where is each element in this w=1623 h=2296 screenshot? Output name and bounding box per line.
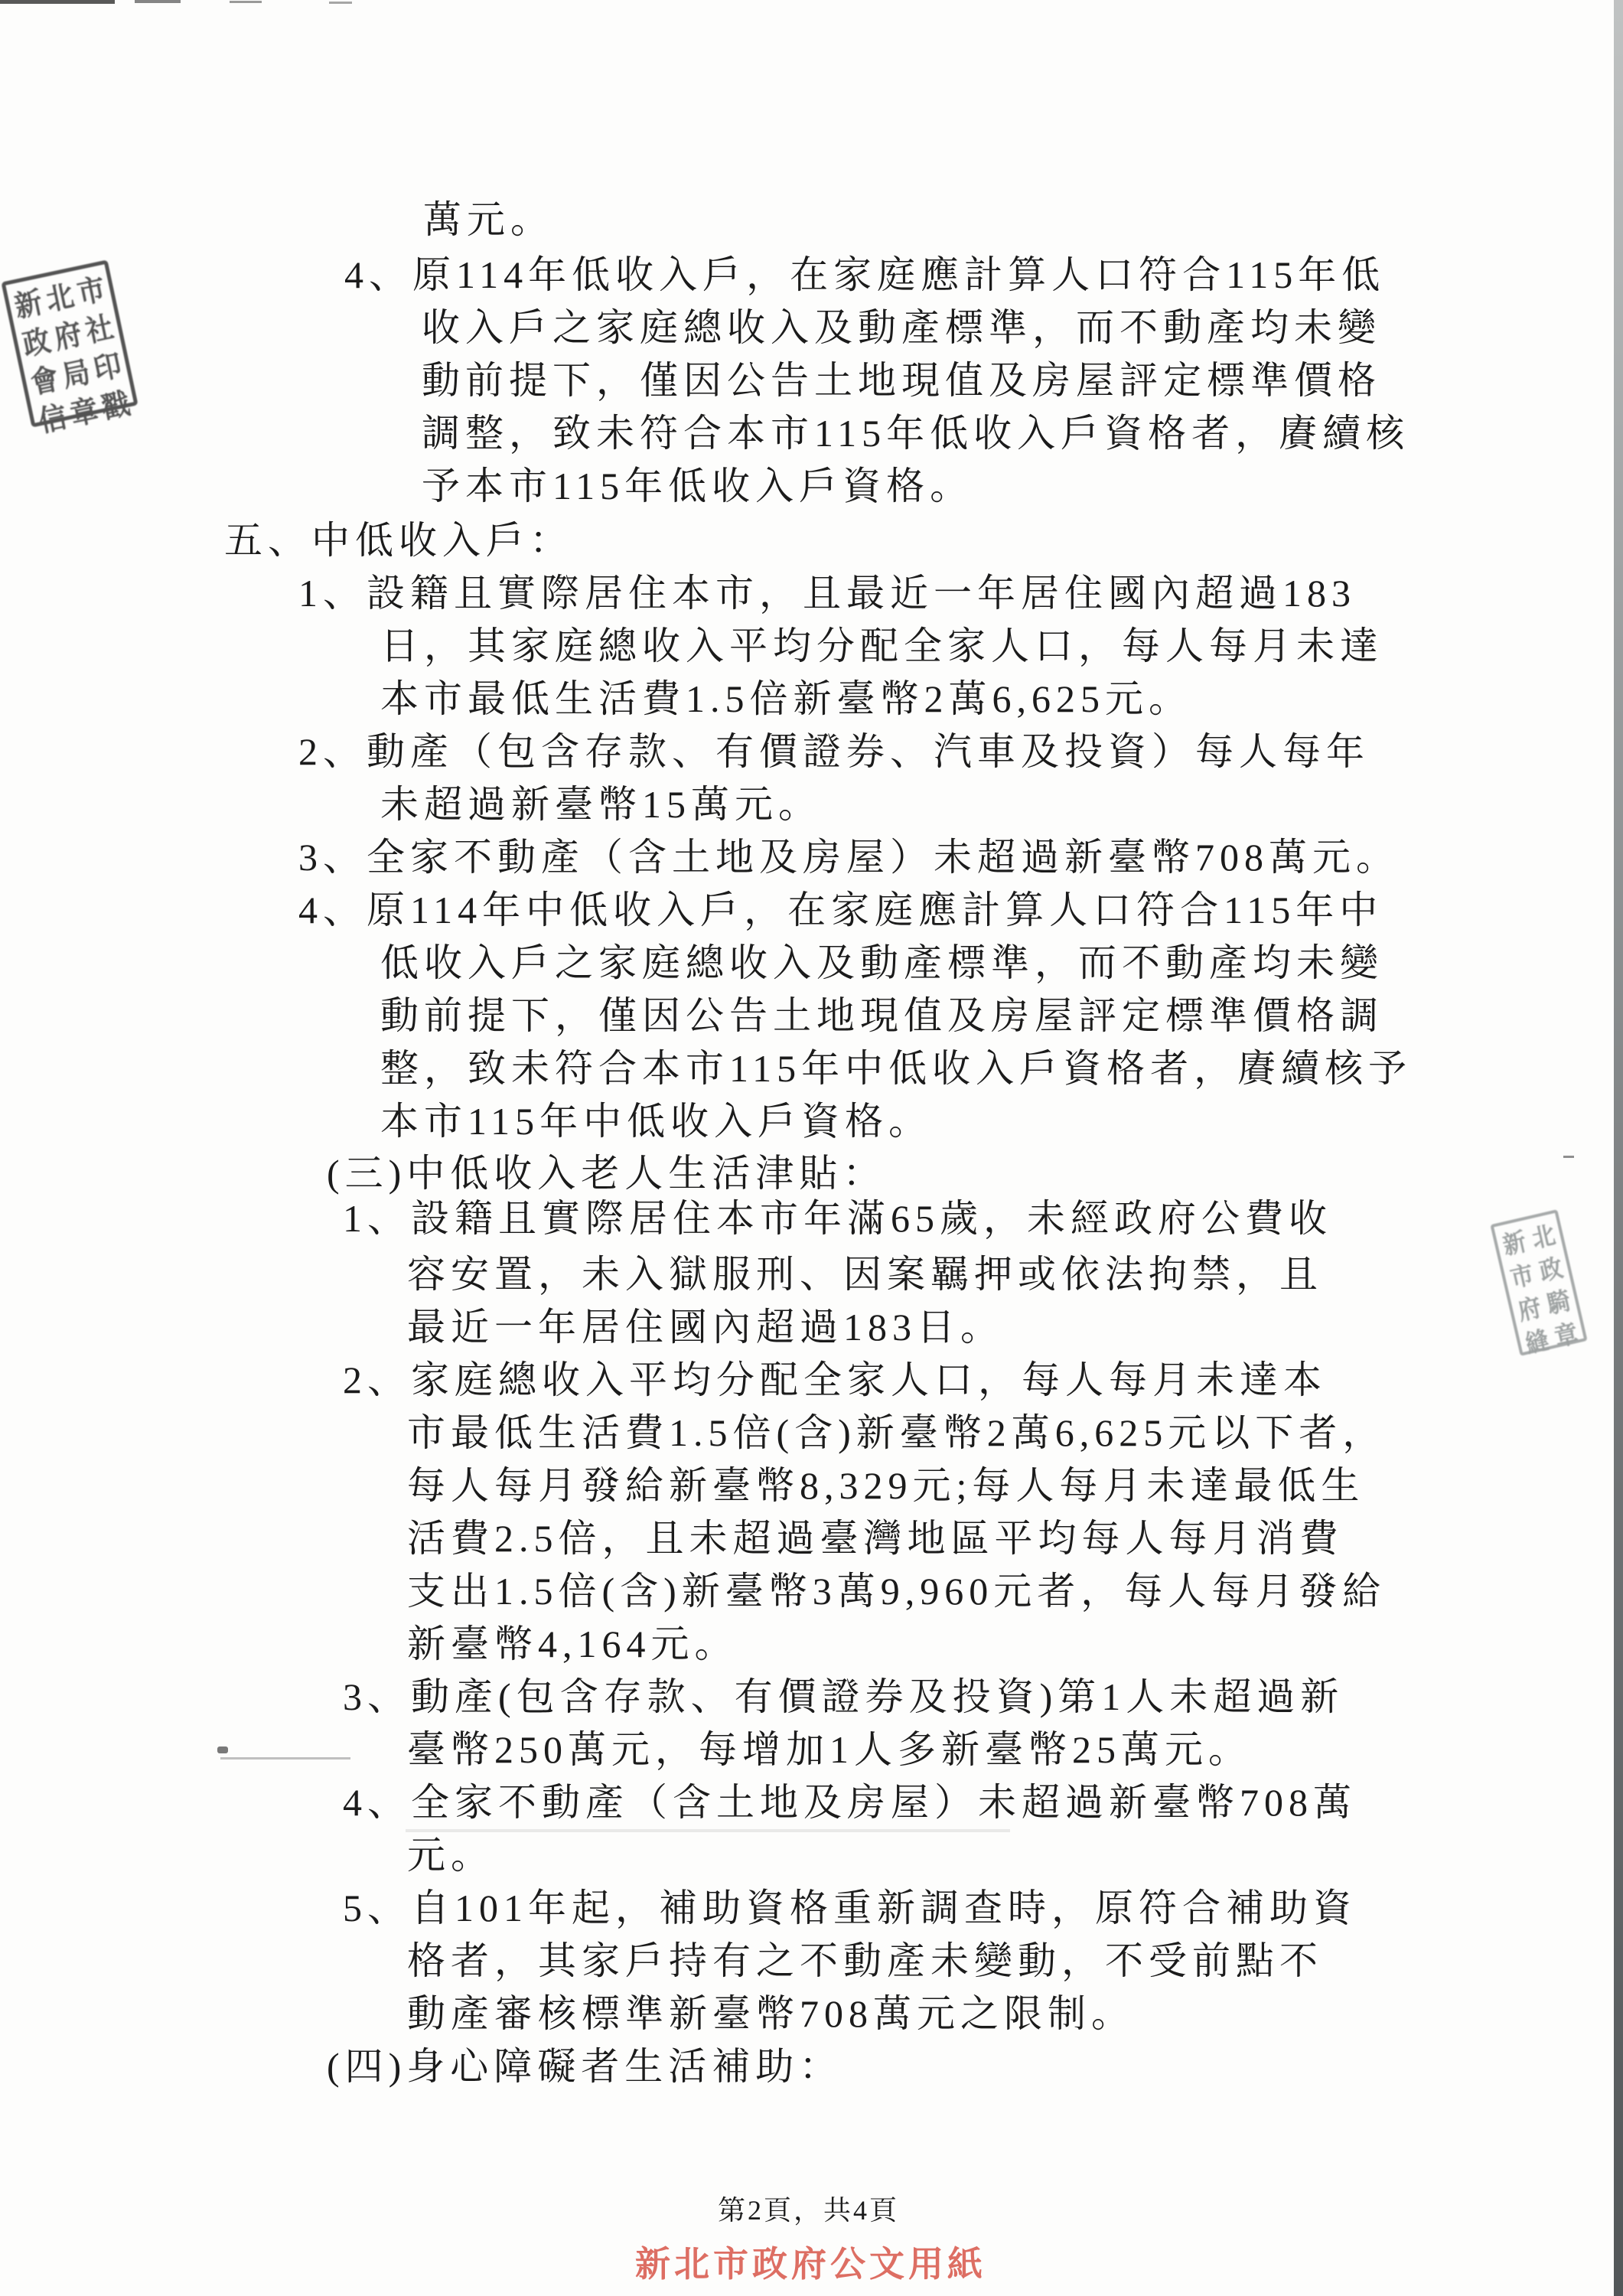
text-line: 2、家庭總收入平均分配全家人口，每人每月未達本 [343,1361,1327,1399]
text-line: 本市115年中低收入戶資格。 [380,1102,932,1140]
text-line: 日，其家庭總收入平均分配全家人口，每人每月未達 [380,627,1383,665]
text-line: 新臺幣4,164元。 [407,1625,738,1663]
text-line: 5、自101年起，補助資格重新調查時，原符合補助資 [343,1889,1357,1927]
text-line: 低收入戶之家庭總收入及動產標準，而不動產均未變 [380,944,1383,982]
official-seal-stamp-left: 新北市政府社會局印信章戳 [1,259,138,427]
page-joining-seal-stamp-right: 新北市政府騎縫章 [1490,1209,1587,1356]
text-line: (四)身心障礙者生活補助： [327,2047,842,2086]
text-line: 予本市115年低收入戶資格。 [422,467,973,505]
text-line: 4、原114年中低收入戶，在家庭應計算人口符合115年中 [298,891,1383,929]
text-line: 市最低生活費1.5倍(含)新臺幣2萬6,625元以下者， [407,1414,1386,1452]
text-line: 每人每月發給新臺幣8,329元;每人每月未達最低生 [407,1466,1364,1505]
scan-speck-2 [1563,1156,1574,1158]
text-line: 動前提下，僅因公告土地現值及房屋評定標準價格 [422,361,1381,400]
text-line: 收入戶之家庭總收入及動產標準，而不動產均未變 [422,308,1381,347]
text-line: 4、全家不動產（含土地及房屋）未超過新臺幣708萬 [343,1783,1357,1821]
text-line: 臺幣250萬元，每增加1人多新臺幣25萬元。 [407,1730,1252,1769]
text-line: 2、動產（包含存款、有價證券、汽車及投資）每人每年 [298,732,1370,771]
scan-artifact-top-4 [329,2,352,4]
text-line: 3、全家不動產（含土地及房屋）未超過新臺幣708萬元。 [298,838,1400,876]
text-line: 動產審核標準新臺幣708萬元之限制。 [407,1994,1135,2033]
text-line: 調整，致未符合本市115年低收入戶資格者，賡續核 [422,414,1410,452]
text-line: 未超過新臺幣15萬元。 [380,785,822,823]
text-line: 1、設籍且實際居住本市年滿65歲，未經政府公費收 [343,1199,1332,1238]
document-page: 萬元。4、原114年低收入戶，在家庭應計算人口符合115年低收入戶之家庭總收入及… [0,0,1623,2296]
scan-artifact-top-1 [0,0,115,4]
text-line: 元。 [407,1836,494,1874]
scan-artifact-top-2 [135,0,181,3]
page-number-label: 第2頁，共4頁 [718,2189,899,2228]
text-line: 3、動產(包含存款、有價證券及投資)第1人未超過新 [343,1678,1344,1716]
text-line: 動前提下，僅因公告土地現值及房屋評定標準價格調 [380,996,1383,1035]
text-line: (三)中低收入老人生活津貼： [327,1154,886,1192]
scan-edge-strip [1614,0,1623,2296]
text-line: 五、中低收入戶： [224,521,573,559]
text-line: 支出1.5倍(含)新臺幣3萬9,960元者，每人每月發給 [407,1572,1386,1610]
paper-type-label: 新北市政府公文用紙 [635,2236,986,2287]
text-line: 1、設籍且實際居住本市，且最近一年居住國內超過183 [298,574,1356,612]
scan-streak-2 [220,1757,350,1760]
text-line: 格者，其家戶持有之不動產未變動，不受前點不 [407,1942,1323,1980]
text-line: 整，致未符合本市115年中低收入戶資格者，賡續核予 [380,1049,1412,1088]
scan-artifact-top-3 [230,1,262,3]
text-line: 容安置，未入獄服刑、因案羈押或依法拘禁，且 [407,1255,1323,1293]
text-line: 本市最低生活費1.5倍新臺幣2萬6,625元。 [380,680,1192,718]
scan-speck-1 [217,1746,228,1753]
text-line: 活費2.5倍，且未超過臺灣地區平均每人每月消費 [407,1519,1344,1557]
text-line: 萬元。 [423,201,554,239]
scan-streak-1 [406,1829,1010,1832]
text-line: 最近一年居住國內超過183日。 [407,1308,1004,1346]
text-line: 4、原114年低收入戶，在家庭應計算人口符合115年低 [344,256,1385,294]
